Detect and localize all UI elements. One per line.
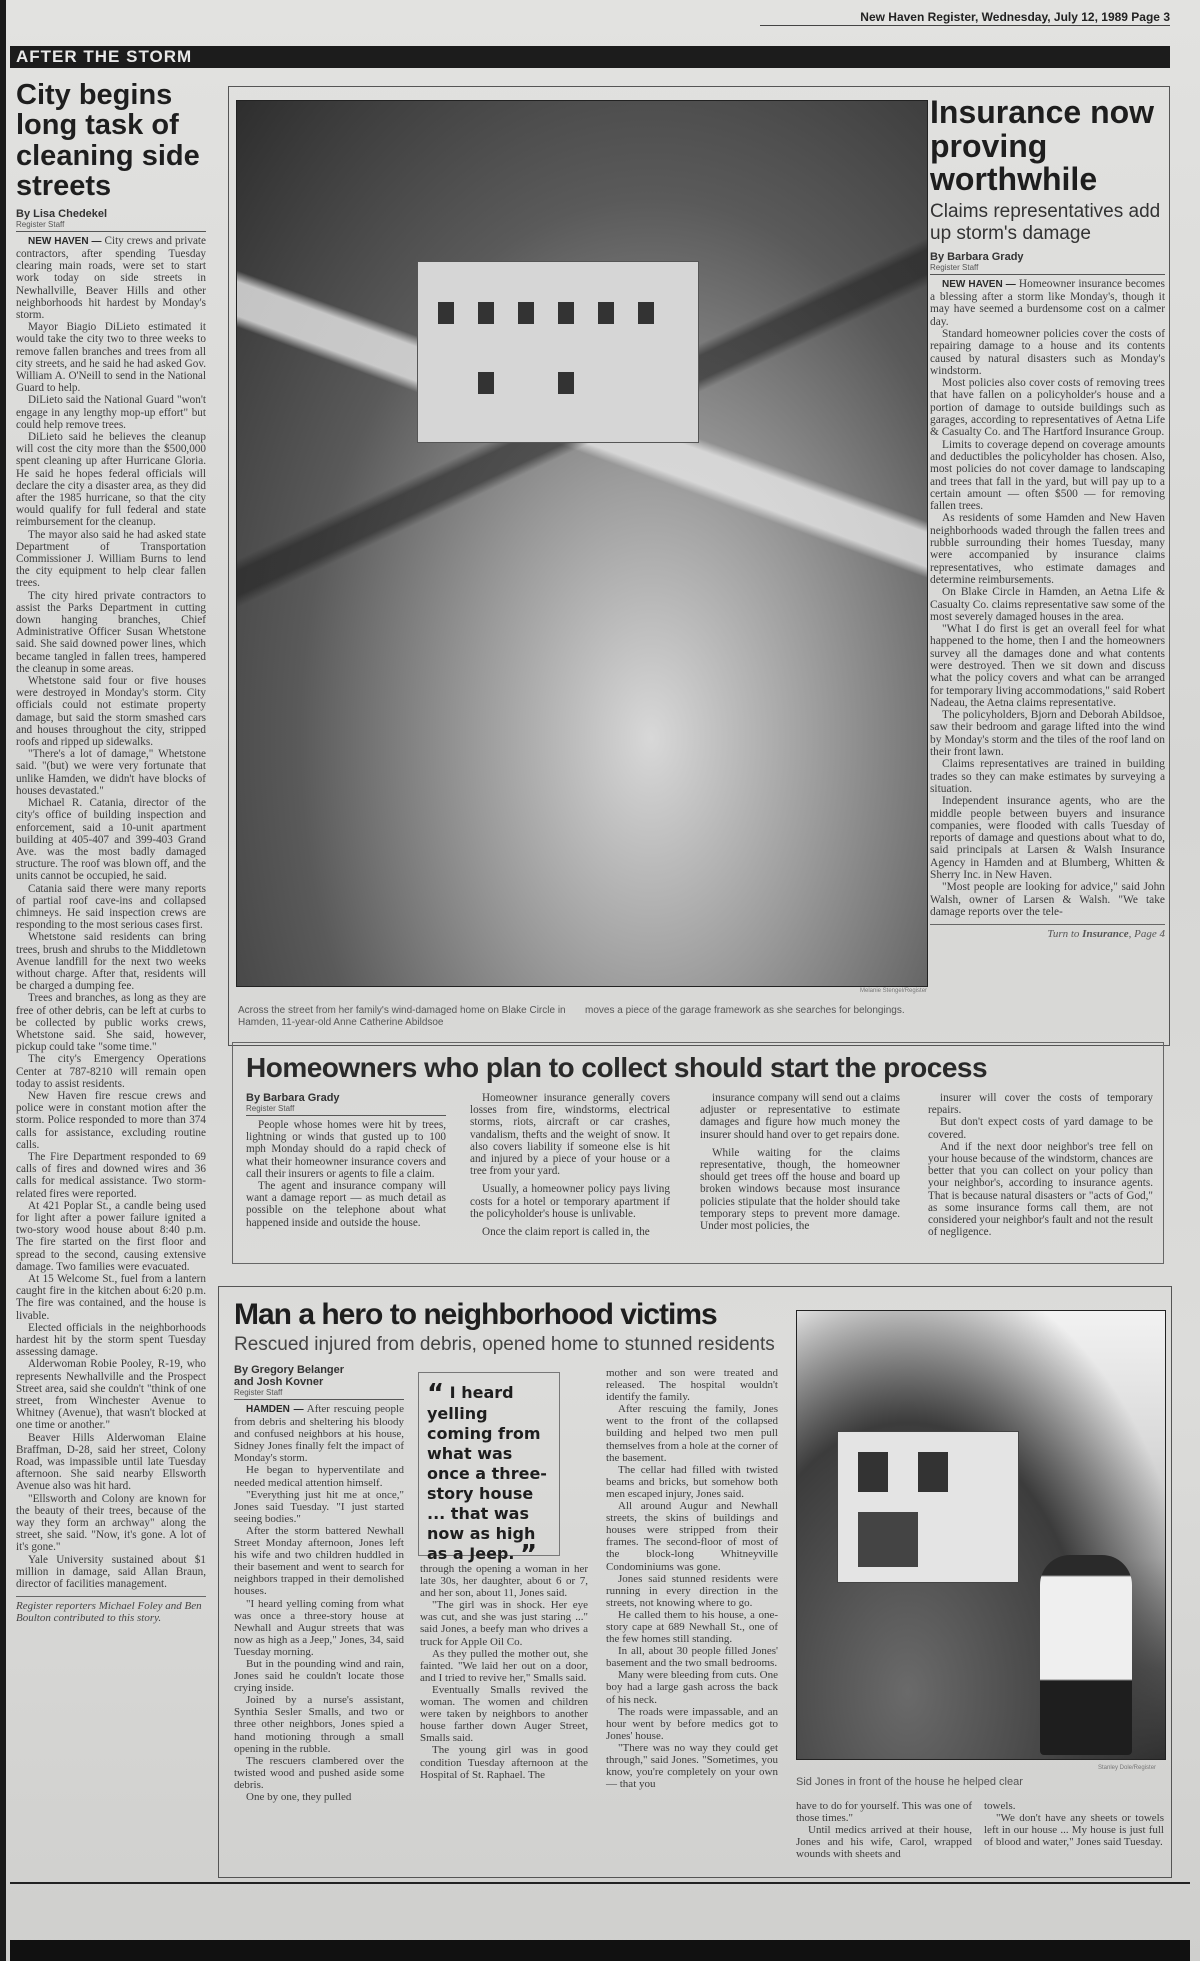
story-insurance-body: NEW HAVEN — Homeowner insurance becomes … — [930, 278, 1165, 918]
story-hero-byline-1: By Gregory Belanger — [234, 1364, 404, 1376]
page-bottom-edge — [10, 1940, 1190, 1961]
paragraph: insurance company will send out a claims… — [700, 1092, 900, 1141]
story-city-byline: By Lisa Chedekel — [16, 208, 206, 220]
section-banner: AFTER THE STORM — [10, 46, 1170, 68]
paragraph: The city's Emergency Operations Center a… — [16, 1053, 206, 1090]
paragraph: DiLieto said he believes the cleanup wil… — [16, 431, 206, 529]
paragraph: The mayor also said he had asked state D… — [16, 529, 206, 590]
paragraph: On Blake Circle in Hamden, an Aetna Life… — [930, 586, 1165, 623]
paragraph: Most policies also cover costs of removi… — [930, 377, 1165, 438]
paragraph: Mayor Biagio DiLieto estimated it would … — [16, 321, 206, 394]
paragraph: City crews and private contractors, afte… — [16, 235, 206, 321]
story-homeowners-col-2: Homeowner insurance generally covers los… — [470, 1092, 670, 1238]
paragraph: "Ellsworth and Colony are known for the … — [16, 1493, 206, 1554]
main-photo-caption-right: moves a piece of the garage framework as… — [585, 1005, 915, 1017]
paragraph: Many were bleeding from cuts. One boy ha… — [606, 1669, 778, 1705]
sid-jones-figure — [1040, 1555, 1132, 1755]
paragraph: The rescuers clambered over the twisted … — [234, 1755, 404, 1791]
story-hero-byline-2: and Josh Kovner — [234, 1376, 404, 1388]
paragraph: Whetstone said residents can bring trees… — [16, 931, 206, 992]
paragraph: At 15 Welcome St., fuel from a lantern c… — [16, 1273, 206, 1322]
paragraph: Eventually Smalls revived the woman. The… — [420, 1684, 588, 1744]
section-title: AFTER THE STORM — [10, 47, 192, 66]
paragraph: In all, about 30 people filled Jones' ba… — [606, 1645, 778, 1669]
house-facade-shape — [837, 1431, 1019, 1583]
pull-quote: “ I heard yelling coming from what was o… — [418, 1372, 560, 1556]
story-hero-col-4: have to do for yourself. This was one of… — [796, 1800, 972, 1860]
jump-page: , Page 4 — [1129, 928, 1165, 940]
paragraph: Until medics arrived at their house, Jon… — [796, 1824, 972, 1860]
paragraph: DiLieto said the National Guard "won't e… — [16, 394, 206, 431]
pull-quote-text: I heard yelling coming from what was onc… — [427, 1383, 547, 1563]
paragraph: He called them to his house, a one-story… — [606, 1609, 778, 1645]
paragraph: At 421 Poplar St., a candle being used f… — [16, 1200, 206, 1273]
story-hero-staff: Register Staff — [234, 1388, 404, 1400]
story-hero-dateline: HAMDEN — — [246, 1404, 304, 1415]
paragraph: Independent insurance agents, who are th… — [930, 795, 1165, 881]
paragraph: Once the claim report is called in, the — [470, 1226, 670, 1238]
story-city-dateline: NEW HAVEN — — [28, 236, 102, 247]
story-homeowners-col-3: insurance company will send out a claims… — [700, 1092, 900, 1232]
jump-line[interactable]: Turn to Insurance, Page 4 — [930, 924, 1165, 940]
story-insurance: Insurance now proving worthwhile Claims … — [930, 96, 1165, 940]
jump-prefix: Turn to — [1047, 928, 1079, 940]
paragraph: "What I do first is get an overall feel … — [930, 623, 1165, 709]
paragraph: mother and son were treated and released… — [606, 1367, 778, 1403]
paragraph: Whetstone said four or five houses were … — [16, 675, 206, 748]
paragraph: "Everything just hit me at once," Jones … — [234, 1489, 404, 1525]
paragraph: through the opening a woman in her late … — [420, 1563, 588, 1599]
page-edge-shadow — [0, 0, 6, 1961]
story-hero-col-3: mother and son were treated and released… — [606, 1367, 778, 1790]
paragraph: have to do for yourself. This was one of… — [796, 1800, 972, 1824]
paragraph: Joined by a nurse's assistant, Synthia S… — [234, 1694, 404, 1754]
paragraph: New Haven fire rescue crews and police w… — [16, 1090, 206, 1151]
paragraph: Jones said stunned residents were runnin… — [606, 1573, 778, 1609]
paragraph: towels. — [984, 1800, 1164, 1812]
paragraph: After rescuing the family, Jones went to… — [606, 1403, 778, 1463]
paragraph: And if the next door neighbor's tree fel… — [928, 1141, 1153, 1239]
story-insurance-staff: Register Staff — [930, 263, 1165, 275]
paragraph: "The girl was in shock. Her eye was cut,… — [420, 1599, 588, 1647]
newspaper-page: New Haven Register, Wednesday, July 12, … — [0, 0, 1200, 1961]
story-city-contributors: Register reporters Michael Foley and Ben… — [16, 1596, 206, 1624]
story-city-staff: Register Staff — [16, 220, 206, 232]
story-homeowners-headline: Homeowners who plan to collect should st… — [246, 1052, 987, 1084]
paragraph: Standard homeowner policies cover the co… — [930, 328, 1165, 377]
paragraph: "We don't have any sheets or towels left… — [984, 1812, 1164, 1848]
story-insurance-byline: By Barbara Grady — [930, 251, 1165, 263]
story-homeowners-byline: By Barbara Grady — [246, 1092, 446, 1104]
paragraph: One by one, they pulled — [234, 1791, 404, 1803]
paragraph: Catania said there were many reports of … — [16, 883, 206, 932]
story-city-body: NEW HAVEN — City crews and private contr… — [16, 235, 206, 1591]
masthead-folio: New Haven Register, Wednesday, July 12, … — [760, 10, 1170, 26]
paragraph: The agent and insurance company will wan… — [246, 1180, 446, 1229]
paragraph: "I heard yelling coming from what was on… — [234, 1598, 404, 1658]
story-city-cleanup: City begins long task of cleaning side s… — [16, 80, 206, 1624]
paragraph: The roads were impassable, and an hour w… — [606, 1706, 778, 1742]
paragraph: "There's a lot of damage," Whetstone sai… — [16, 748, 206, 797]
story-hero-col-2: through the opening a woman in her late … — [420, 1563, 588, 1781]
paragraph: "Most people are looking for advice," sa… — [930, 881, 1165, 918]
paragraph: All around Augur and Newhall streets, th… — [606, 1500, 778, 1573]
paragraph: "There was no way they could get through… — [606, 1742, 778, 1790]
paragraph: People whose homes were hit by trees, li… — [246, 1119, 446, 1180]
paragraph: After the storm battered Newhall Street … — [234, 1525, 404, 1598]
jump-keyword: Insurance — [1082, 928, 1128, 940]
bottom-rule — [10, 1882, 1190, 1884]
paragraph: Michael R. Catania, director of the city… — [16, 797, 206, 882]
paragraph: The Fire Department responded to 69 call… — [16, 1151, 206, 1200]
paragraph: But in the pounding wind and rain, Jones… — [234, 1658, 404, 1694]
paragraph: The policyholders, Bjorn and Deborah Abi… — [930, 709, 1165, 758]
story-homeowners-staff: Register Staff — [246, 1104, 446, 1116]
hero-photo-credit: Stanley Dole/Register — [1098, 1765, 1156, 1771]
paragraph: The city hired private contractors to as… — [16, 590, 206, 675]
story-insurance-dateline: NEW HAVEN — — [942, 279, 1016, 290]
hero-photo-caption: Sid Jones in front of the house he helpe… — [796, 1776, 1116, 1788]
story-city-headline: City begins long task of cleaning side s… — [16, 80, 206, 202]
paragraph: Beaver Hills Alderwoman Elaine Braffman,… — [16, 1432, 206, 1493]
paragraph: The young girl was in good condition Tue… — [420, 1744, 588, 1780]
main-photo-caption-left: Across the street from her family's wind… — [238, 1005, 573, 1029]
paragraph: Yale University sustained about $1 milli… — [16, 1554, 206, 1591]
paragraph: Elected officials in the neighborhoods h… — [16, 1322, 206, 1359]
paragraph: While waiting for the claims representat… — [700, 1147, 900, 1232]
story-homeowners-col-1: By Barbara Grady Register Staff People w… — [246, 1092, 446, 1229]
story-hero-col-5: towels. "We don't have any sheets or tow… — [984, 1800, 1164, 1848]
paragraph: Alderwoman Robie Pooley, R-19, who repre… — [16, 1358, 206, 1431]
story-hero-subhead: Rescued injured from debris, opened home… — [234, 1334, 775, 1356]
paragraph: Limits to coverage depend on coverage am… — [930, 439, 1165, 513]
storm-damage-photo — [236, 100, 928, 987]
story-insurance-subhead: Claims representatives add up storm's da… — [930, 201, 1165, 245]
paragraph: The cellar had filled with twisted beams… — [606, 1464, 778, 1500]
story-insurance-headline: Insurance now proving worthwhile — [930, 96, 1165, 197]
story-hero-headline: Man a hero to neighborhood victims — [234, 1298, 717, 1332]
paragraph: insurer will cover the costs of temporar… — [928, 1092, 1153, 1116]
paragraph: Homeowner insurance generally covers los… — [470, 1092, 670, 1177]
paragraph: As residents of some Hamden and New Have… — [930, 512, 1165, 586]
paragraph: But don't expect costs of yard damage to… — [928, 1116, 1153, 1140]
paragraph: He began to hyperventilate and needed me… — [234, 1464, 404, 1488]
damaged-house-shape — [417, 261, 699, 443]
story-homeowners-col-4: insurer will cover the costs of temporar… — [928, 1092, 1153, 1238]
paragraph: Trees and branches, as long as they are … — [16, 992, 206, 1053]
paragraph: As they pulled the mother out, she faint… — [420, 1648, 588, 1684]
paragraph: Usually, a homeowner policy pays living … — [470, 1183, 670, 1220]
paragraph: Claims representatives are trained in bu… — [930, 758, 1165, 795]
story-hero-col-1: By Gregory Belanger and Josh Kovner Regi… — [234, 1364, 404, 1803]
main-photo-credit: Melanie Stengel/Register — [860, 988, 927, 994]
